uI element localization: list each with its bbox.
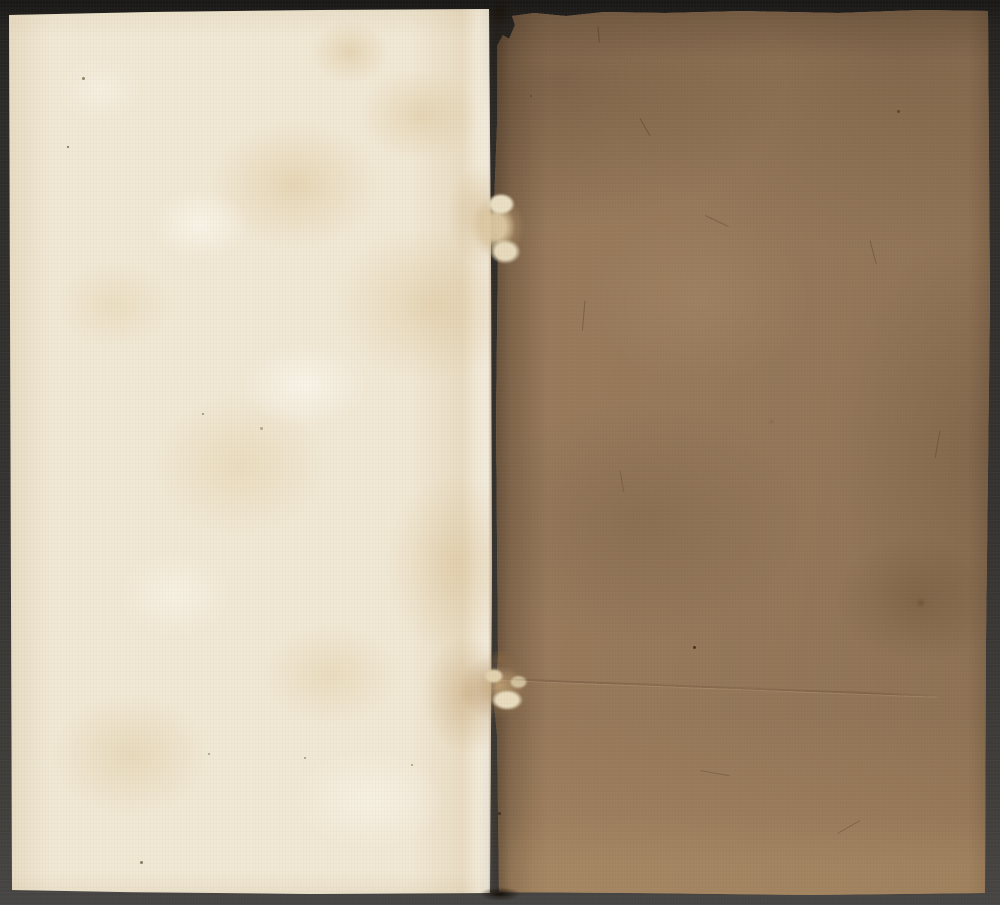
paper-speck <box>918 600 924 606</box>
paper-speck <box>140 861 143 864</box>
paper-speck <box>67 146 69 148</box>
paper-speck <box>304 757 306 759</box>
paper-speck <box>498 812 501 815</box>
paper-speck <box>208 753 210 755</box>
paper-speck <box>82 77 85 80</box>
gutter-notch-top <box>484 0 518 40</box>
paper-speck <box>260 427 263 430</box>
paper-speck <box>411 764 413 766</box>
paper-speck <box>693 646 696 649</box>
paper-speck <box>897 110 900 113</box>
paper-speck <box>770 420 773 423</box>
paper-speck <box>530 95 532 97</box>
specks-layer <box>0 0 1000 905</box>
scan-stage <box>0 0 1000 905</box>
paper-speck <box>202 413 204 415</box>
gutter-notch-bottom <box>472 882 528 904</box>
